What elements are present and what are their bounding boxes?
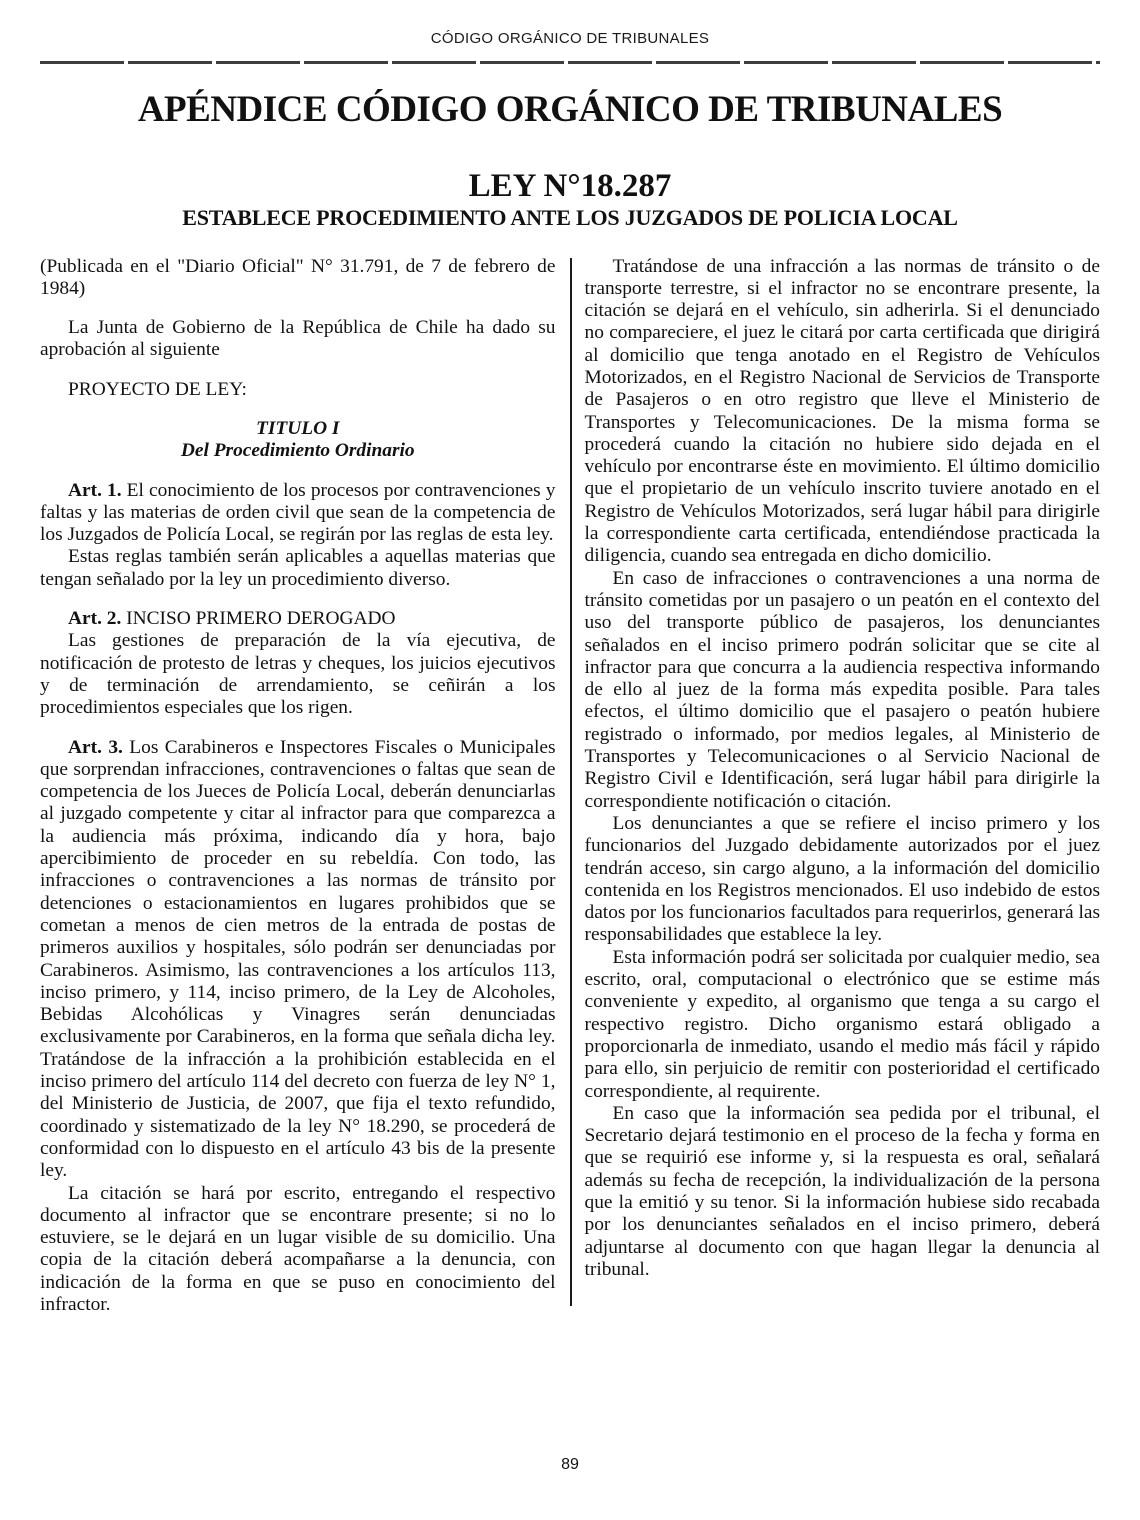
paragraph-article-1-cont: Estas reglas también serán aplicables a … xyxy=(40,546,556,591)
paragraph-informacion-solicitada: Esta información podrá ser solicitada po… xyxy=(585,947,1101,1103)
paragraph-denunciantes-acceso: Los denunciantes a que se refiere el inc… xyxy=(585,813,1101,947)
law-subtitle: ESTABLECE PROCEDIMIENTO ANTE LOS JUZGADO… xyxy=(40,206,1100,230)
paragraph-article-3-cont: La citación se hará por escrito, entrega… xyxy=(40,1183,556,1317)
paragraph-informacion-tribunal: En caso que la información sea pedida po… xyxy=(585,1103,1101,1281)
page-title: APÉNDICE CÓDIGO ORGÁNICO DE TRIBUNALES xyxy=(40,90,1100,131)
paragraph-article-2: Art. 2. INCISO PRIMERO DEROGADO xyxy=(40,608,556,630)
paragraph-article-1: Art. 1. El conocimiento de los procesos … xyxy=(40,480,556,547)
left-column: (Publicada en el "Diario Oficial" N° 31.… xyxy=(40,256,556,1317)
text-columns: (Publicada en el "Diario Oficial" N° 31.… xyxy=(40,256,1100,1317)
paragraph-article-3: Art. 3. Los Carabineros e Inspectores Fi… xyxy=(40,737,556,1183)
page-number: 89 xyxy=(0,1456,1140,1474)
article-1-label: Art. 1. xyxy=(68,480,122,501)
paragraph-proyecto: PROYECTO DE LEY: xyxy=(40,379,556,401)
paragraph-article-2-cont: Las gestiones de preparación de la vía e… xyxy=(40,630,556,719)
document-page: CÓDIGO ORGÁNICO DE TRIBUNALES APÉNDICE C… xyxy=(0,0,1140,1520)
article-2-label: Art. 2. xyxy=(68,608,121,629)
law-title: LEY N°18.287 xyxy=(40,169,1100,204)
article-2-text: INCISO PRIMERO DEROGADO xyxy=(121,608,395,629)
paragraph-pasajero-peaton: En caso de infracciones o contravencione… xyxy=(585,568,1101,813)
paragraph-publication-note: (Publicada en el "Diario Oficial" N° 31.… xyxy=(40,256,556,301)
header-rule xyxy=(40,61,1100,64)
paragraph-transito: Tratándose de una infracción a las norma… xyxy=(585,256,1101,568)
titulo-subheading: Del Procedimiento Ordinario xyxy=(40,440,556,462)
titulo-heading: TITULO I xyxy=(40,418,556,440)
running-header: CÓDIGO ORGÁNICO DE TRIBUNALES xyxy=(40,30,1100,47)
article-3-text: Los Carabineros e Inspectores Fiscales o… xyxy=(40,737,556,1182)
paragraph-junta: La Junta de Gobierno de la República de … xyxy=(40,317,556,362)
article-3-label: Art. 3. xyxy=(68,737,123,758)
column-divider xyxy=(570,258,572,1307)
right-column: Tratándose de una infracción a las norma… xyxy=(585,256,1101,1317)
